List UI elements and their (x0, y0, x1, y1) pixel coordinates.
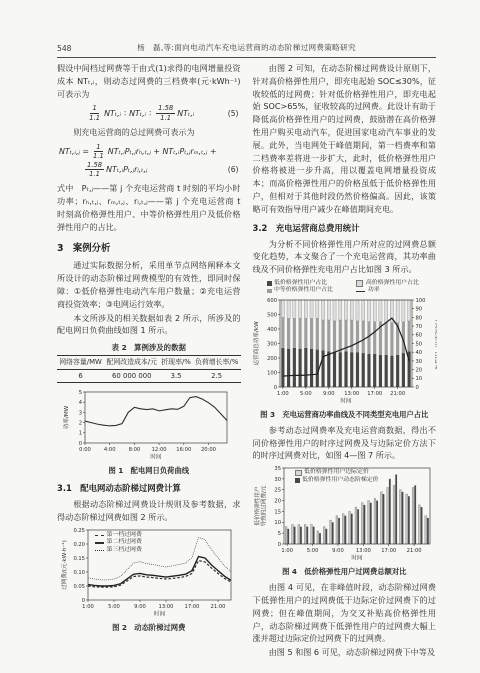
svg-text:21:00: 21:00 (407, 548, 422, 554)
figure-4: 051015202530351:005:009:0013:0017:0021:0… (253, 465, 437, 565)
svg-text:12:00: 12:00 (151, 447, 166, 453)
legend-label: 低价格弹性用户边际定价 (304, 469, 369, 477)
equation-number: (5) (228, 109, 239, 118)
legend-swatch-icon (295, 470, 302, 477)
svg-text:30: 30 (415, 359, 422, 365)
figure-caption: 图 3 充电运营商功率曲线及不同类型充电用户占比 (253, 410, 437, 420)
svg-text:0.10: 0.10 (73, 570, 85, 576)
svg-text:400: 400 (267, 327, 277, 333)
legend-label: 第三档过网费 (107, 547, 142, 555)
svg-text:21:00: 21:00 (210, 604, 225, 610)
svg-text:600: 600 (267, 298, 277, 304)
page-number: 548 (57, 44, 109, 53)
fig1-load-curve-chart: 0123450:004:008:0012:0016:0020:00时间功率/MW (63, 388, 235, 460)
svg-text:30: 30 (275, 477, 282, 483)
paragraph: 参考动态过网费率及充电运营商数据，得出不同价格弹性用户的时序过网费及与边际定价方… (253, 424, 437, 462)
svg-text:4: 4 (78, 400, 82, 406)
legend-item: 中等价格弹性用户占比 (267, 287, 357, 294)
section-heading-3-2: 3.2 充电运营商总费用统计 (253, 222, 437, 234)
equation-6-line1: NTₜ,ᵢ,ⱼ = 1 1.1 NTₜ,ᵢPₜ,ⱼrₕ,ₜ,ⱼ + NTₜ,ᵢP… (59, 143, 241, 160)
svg-text:5: 5 (78, 390, 81, 396)
legend-label: 功率 (368, 287, 380, 294)
svg-text:17:00: 17:00 (382, 548, 397, 554)
svg-text:功率/MW: 功率/MW (63, 405, 70, 429)
paragraph: 假设中间档过网费等于由式(1)求得的电网增量投资成本 NTₜ,ᵢ，则动态过网费的… (57, 62, 241, 100)
svg-text:时间: 时间 (352, 554, 364, 562)
svg-text:0.15: 0.15 (73, 556, 85, 562)
legend-item: 低价格弹性用户边际定价 (295, 469, 369, 477)
table-cell: 2.5 (193, 369, 241, 383)
paragraph: 则充电运营商的总过网费可表示为 (57, 126, 241, 139)
svg-text:1: 1 (78, 431, 81, 437)
section-heading-3-1: 3.1 配电网动态阶梯过网费计算 (57, 482, 241, 494)
svg-text:0: 0 (415, 385, 418, 391)
table-header-cell: 负荷增长率/% (193, 356, 241, 370)
table-cell: 60 000 000 (104, 369, 159, 383)
fig4-legend: 低价格弹性用户边际定价低价格弹性用户动态阶梯定价 (295, 469, 379, 484)
svg-text:21:00: 21:00 (390, 391, 405, 397)
svg-text:20: 20 (415, 367, 422, 373)
fig3-legend: 低价格弹性用户占比高价格弹性用户占比中等价格弹性用户占比功率 (267, 280, 437, 295)
svg-text:15: 15 (275, 509, 282, 515)
legend-item: 低价格弹性用户动态阶梯定价 (295, 477, 379, 485)
equation-number: (6) (228, 165, 239, 174)
svg-text:16:00: 16:00 (176, 447, 191, 453)
figure-2: 00.050.100.150.200.251:005:009:0013:0017… (57, 527, 241, 621)
svg-text:60: 60 (415, 332, 422, 338)
paragraph: 为分析不同价格弹性用户所对应的过网费总额变化趋势，本文聚合了一个充电运营商，其功… (253, 238, 437, 276)
svg-text:17:00: 17:00 (367, 391, 382, 397)
svg-text:0.25: 0.25 (73, 528, 85, 534)
svg-text:运营商总功率/kW: 运营商总功率/kW (253, 321, 260, 366)
svg-text:70: 70 (415, 324, 422, 330)
svg-text:500: 500 (267, 312, 277, 318)
svg-text:0.20: 0.20 (73, 542, 85, 548)
paragraph: 通过实际数据分析，采用单节点网络阐释本文所设计的动态阶梯过网费模型的有效性，即同… (57, 259, 241, 310)
svg-text:9:00: 9:00 (134, 604, 146, 610)
svg-text:9:00: 9:00 (332, 548, 344, 554)
legend-swatch-icon (267, 281, 272, 286)
paragraph: 由图 4 可见，在非峰值时段，动态阶梯过网费下低弹性用户的过网费低于边际定价过网… (253, 581, 437, 645)
svg-text:3: 3 (78, 410, 81, 416)
svg-text:10: 10 (275, 520, 282, 526)
svg-text:5:00: 5:00 (299, 391, 311, 397)
svg-text:过网费/(元·kW·h⁻¹): 过网费/(元·kW·h⁻¹) (61, 540, 68, 590)
svg-text:时间: 时间 (150, 453, 162, 461)
svg-text:0: 0 (278, 542, 281, 548)
svg-text:1:00: 1:00 (282, 548, 294, 554)
svg-text:20: 20 (275, 499, 282, 505)
fig3-operator-power-chart: 0100200300400500600010203040506070809010… (253, 296, 437, 404)
table-cell: 6 (57, 369, 104, 383)
table-header-cell: 配网改造成本/元 (104, 356, 159, 370)
page: 548 杨 磊,等:面向电动汽车充电运营商的动态阶梯过网费策略研究 假设中间档过… (0, 0, 480, 673)
running-title: 杨 磊,等:面向电动汽车充电运营商的动态阶梯过网费策略研究 (109, 42, 384, 53)
svg-text:不同类型用户占比/%: 不同类型用户占比/% (433, 317, 437, 369)
figure-3: 0100200300400500600010203040506070809010… (253, 296, 437, 408)
legend-swatch-icon (295, 478, 300, 483)
svg-text:时间: 时间 (154, 609, 166, 617)
svg-text:200: 200 (267, 356, 277, 362)
paragraph: 本文所涉及的相关数据如表 2 所示，所涉及的配电网日负荷曲线如图 1 所示。 (57, 312, 241, 338)
svg-text:5: 5 (278, 531, 281, 537)
svg-text:时间: 时间 (340, 396, 352, 404)
two-column-body: 假设中间档过网费等于由式(1)求得的电网增量投资成本 NTₜ,ᵢ，则动态过网费的… (57, 62, 436, 660)
svg-text:0: 0 (81, 598, 84, 604)
svg-text:35: 35 (275, 466, 282, 472)
figure-caption: 图 2 动态阶梯过网费 (57, 623, 241, 633)
fig2-legend: 第一档过网费第二档过网费第三档过网费 (95, 532, 142, 555)
equation-6-line2: 1.58 1.1 NTₜ,ᵢPₜ,ⱼrₗ,ₜ,ⱼ (6) (83, 161, 241, 178)
svg-text:20:00: 20:00 (201, 447, 216, 453)
left-column: 假设中间档过网费等于由式(1)求得的电网增量投资成本 NTₜ,ᵢ，则动态过网费的… (57, 62, 241, 660)
fraction: 1 1.1 (87, 104, 102, 121)
table-caption: 表 2 算例涉及的数据 (57, 342, 241, 353)
svg-text:50: 50 (415, 341, 422, 347)
svg-text:1:00: 1:00 (82, 604, 94, 610)
figure-caption: 图 4 低价格弹性用户过网费总额对比 (253, 567, 437, 577)
data-table: 网络容量/MW 配网改造成本/元 折现率/% 负荷增长率/% 6 60 000 … (57, 355, 241, 383)
svg-text:13:00: 13:00 (356, 548, 371, 554)
symbol-definition-paragraph: 式中 Pₜ,ⱼ——第 j 个充电运营商 t 时刻的平均小时功率；rₕ,ₜ,ⱼ、r… (57, 182, 241, 233)
svg-text:0: 0 (273, 385, 276, 391)
equation-5: 1 1.1 NTₜ,ᵢ ∶ NTₜ,ᵢ ∶ 1.58 1.1 NTₜ,ᵢ (5) (57, 104, 241, 121)
legend-swatch-icon (95, 542, 104, 544)
legend-swatch-icon (356, 291, 365, 292)
svg-text:25: 25 (275, 488, 282, 494)
section-heading-3: 3 案例分析 (57, 240, 241, 254)
svg-text:100: 100 (267, 370, 277, 376)
svg-text:4:00: 4:00 (104, 447, 116, 453)
legend-swatch-icon (95, 550, 104, 551)
paragraph: 由图 2 可知，在动态阶梯过网费设计原则下，针对高价格弹性用户，即充电起始 SO… (253, 62, 437, 216)
table-header-cell: 网络容量/MW (57, 356, 104, 370)
table-cell: 3.5 (159, 369, 192, 383)
page-header: 548 杨 磊,等:面向电动汽车充电运营商的动态阶梯过网费策略研究 (57, 42, 436, 58)
paragraph: 根据动态阶梯过网费设计规则及参考数据，求得动态阶梯过网费如图 2 所示。 (57, 498, 241, 524)
svg-text:90: 90 (415, 306, 422, 312)
svg-text:17:00: 17:00 (184, 604, 199, 610)
legend-swatch-icon (356, 280, 363, 287)
table-header-cell: 折现率/% (159, 356, 192, 370)
svg-text:100: 100 (415, 298, 425, 304)
legend-item: 第二档过网费 (95, 539, 142, 547)
legend-label: 低价格弹性用户动态阶梯定价 (302, 477, 379, 485)
svg-text:0: 0 (78, 441, 81, 447)
svg-text:5:00: 5:00 (307, 548, 319, 554)
figure-1: 0123450:004:008:0012:0016:0020:00时间功率/MW (57, 388, 241, 464)
legend-label: 第二档过网费 (107, 539, 142, 547)
svg-text:导致的过网费/元: 导致的过网费/元 (260, 485, 268, 526)
svg-text:9:00: 9:00 (322, 391, 334, 397)
legend-label: 中等价格弹性用户占比 (274, 287, 333, 294)
svg-text:5:00: 5:00 (108, 604, 120, 610)
table-row: 6 60 000 000 3.5 2.5 (57, 369, 241, 383)
svg-text:10: 10 (415, 376, 422, 382)
svg-text:低价格弹性用户: 低价格弹性用户 (254, 487, 261, 526)
svg-text:8:00: 8:00 (128, 447, 140, 453)
svg-text:80: 80 (415, 315, 422, 321)
legend-item: 第三档过网费 (95, 547, 142, 555)
fraction: 1 1.1 (91, 143, 106, 160)
figure-caption: 图 1 配电网日负荷曲线 (57, 466, 241, 476)
svg-text:40: 40 (415, 350, 422, 356)
svg-text:0:00: 0:00 (79, 447, 91, 453)
svg-text:0.05: 0.05 (73, 584, 85, 590)
legend-swatch-icon (267, 289, 272, 294)
fraction: 1.58 1.1 (85, 161, 104, 178)
svg-text:1:00: 1:00 (277, 391, 289, 397)
paragraph: 由图 5 和图 6 可见，动态阶梯过网费下中等及 (253, 646, 437, 659)
legend-swatch-icon (95, 535, 104, 536)
svg-text:13:00: 13:00 (344, 391, 359, 397)
svg-text:13:00: 13:00 (158, 604, 173, 610)
fig2-dynamic-fee-chart: 00.050.100.150.200.251:005:009:0013:0017… (61, 527, 237, 617)
fraction: 1.58 1.1 (156, 104, 175, 121)
svg-text:300: 300 (267, 341, 277, 347)
right-column: 由图 2 可知，在动态阶梯过网费设计原则下，针对高价格弹性用户，即充电起始 SO… (253, 62, 437, 660)
legend-item: 功率 (356, 287, 436, 294)
svg-text:2: 2 (78, 421, 81, 427)
